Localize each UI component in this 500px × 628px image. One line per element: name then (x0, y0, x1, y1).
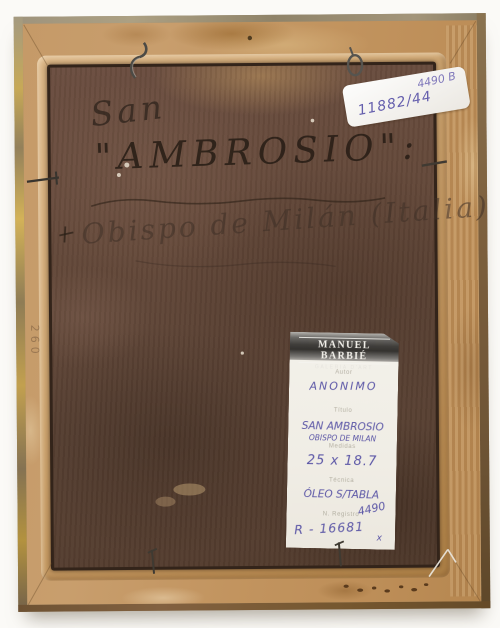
photo-back-of-painting: San "AMBROSIO": Obispo de Milán (Italia)… (0, 0, 500, 628)
nail-hole-top (248, 36, 252, 40)
frame-miter-seams (24, 21, 481, 605)
nail-bottom-center (335, 541, 344, 566)
wormholes (344, 583, 429, 593)
underline-flourish (91, 197, 385, 206)
wooden-frame-back: San "AMBROSIO": Obispo de Milán (Italia)… (14, 13, 491, 612)
hanging-wire (429, 549, 456, 576)
lower-flourish (136, 259, 336, 268)
panel-scuffs (116, 119, 316, 356)
nail-left-edge (27, 172, 59, 185)
frame-hardware-overlay (14, 13, 491, 613)
worn-patch-bottom-left-2 (155, 497, 175, 507)
hanging-ring-right (348, 55, 362, 75)
nail-right-edge (422, 161, 447, 165)
hanging-ring-right-tip (350, 47, 353, 55)
nail-bottom-left (148, 549, 157, 574)
scratch-mark (59, 226, 73, 242)
worn-patch-bottom-left (173, 483, 205, 495)
